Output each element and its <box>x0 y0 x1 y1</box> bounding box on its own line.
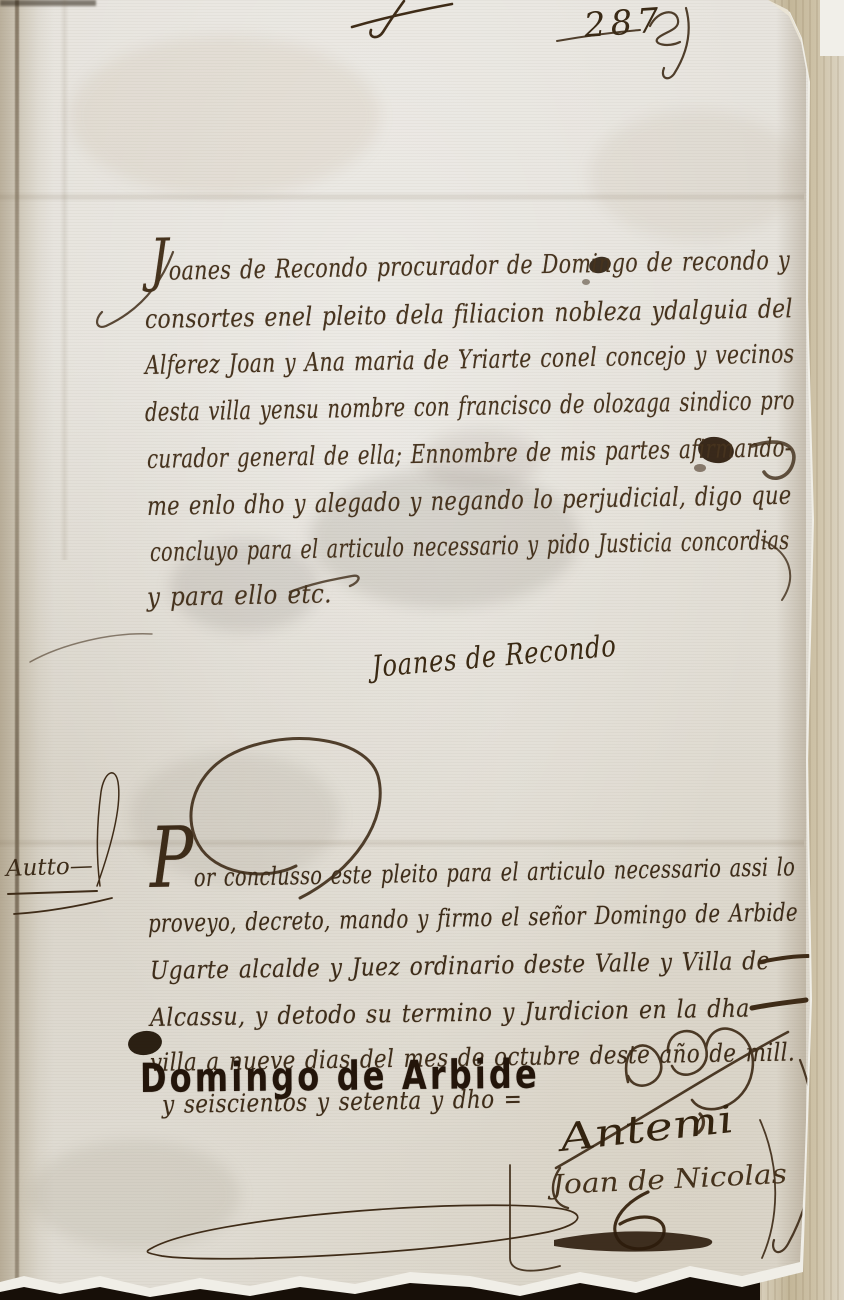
fold-crease <box>0 192 804 202</box>
folio-number: 287 <box>583 0 666 45</box>
fold-crease <box>0 838 804 848</box>
fold-crease-vertical <box>60 0 69 560</box>
auto-margin-note: Autto— <box>6 853 94 882</box>
scan-background-corner <box>820 0 844 56</box>
manuscript-line: y para ello etc. <box>147 574 332 618</box>
manuscript-scan: 287 Joanes de Recondo procurador de Domi… <box>0 0 844 1300</box>
foxing-stain <box>30 1140 240 1250</box>
paper-sheet: 287 Joanes de Recondo procurador de Domi… <box>0 0 844 1300</box>
foxing-stain <box>70 36 380 196</box>
alcalde-signature: Domingo de Arbide <box>140 1052 540 1102</box>
foxing-stain <box>590 110 800 240</box>
binding-shadow <box>0 0 96 6</box>
